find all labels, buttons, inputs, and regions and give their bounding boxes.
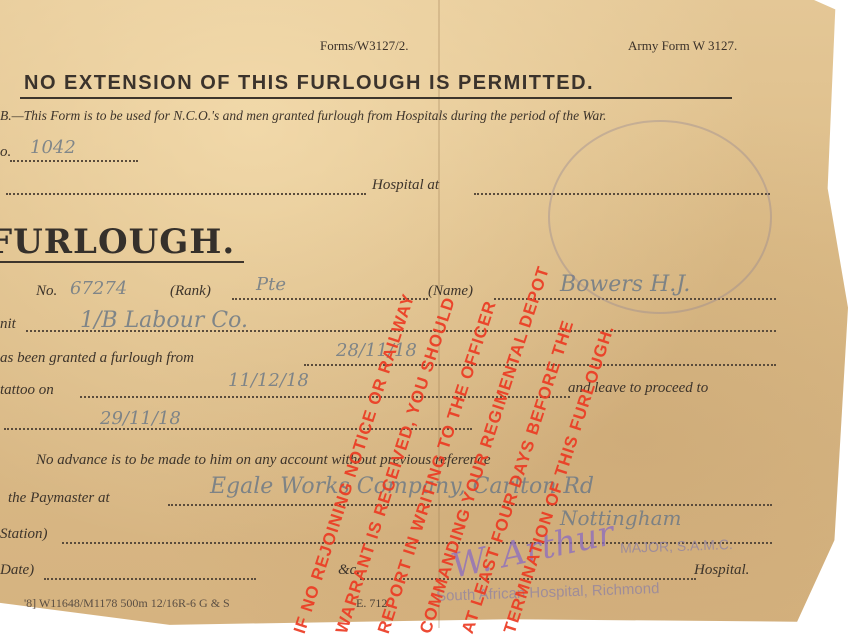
rank-value: Pte: [256, 274, 286, 295]
granted-date: 28/11/18: [336, 340, 417, 361]
serial-number: 1042: [30, 137, 76, 158]
paymaster-label: the Paymaster at: [8, 490, 110, 507]
form-reference: Forms/W3127/2.: [320, 38, 408, 54]
tattoo-label: tattoo on: [0, 382, 54, 399]
granted-label: as been granted a furlough from: [0, 350, 194, 367]
furlough-underline: [0, 261, 244, 263]
hospital-label: Hospital.: [694, 562, 749, 579]
tattoo-date: 11/12/18: [228, 370, 309, 391]
postmark-circle: [548, 120, 772, 314]
rank-label: (Rank): [170, 283, 211, 300]
serial-label: o.: [0, 144, 11, 161]
station-label: Station): [0, 526, 48, 543]
unit-label: nit: [0, 316, 16, 333]
furlough-title: FURLOUGH.: [0, 222, 235, 262]
date-label: Date): [0, 562, 34, 579]
headline: NO EXTENSION OF THIS FURLOUGH IS PERMITT…: [24, 72, 594, 95]
printer-line: '8] W11648/M1178 500m 12/16R-6 G & S: [24, 596, 230, 611]
number-label: No.: [36, 283, 57, 300]
serial-line: [10, 160, 138, 162]
service-number: 67274: [70, 278, 127, 299]
advance-text: No advance is to be made to him on any a…: [36, 452, 490, 469]
date-line: [44, 578, 256, 580]
usage-note: B.—This Form is to be used for N.C.O.'s …: [0, 108, 606, 124]
hospital-line-left: [6, 193, 366, 195]
return-date: 29/11/18: [100, 408, 181, 429]
army-form-number: Army Form W 3127.: [628, 38, 737, 54]
headline-underline: [20, 97, 732, 99]
hospital-at-label: Hospital at: [372, 177, 439, 194]
